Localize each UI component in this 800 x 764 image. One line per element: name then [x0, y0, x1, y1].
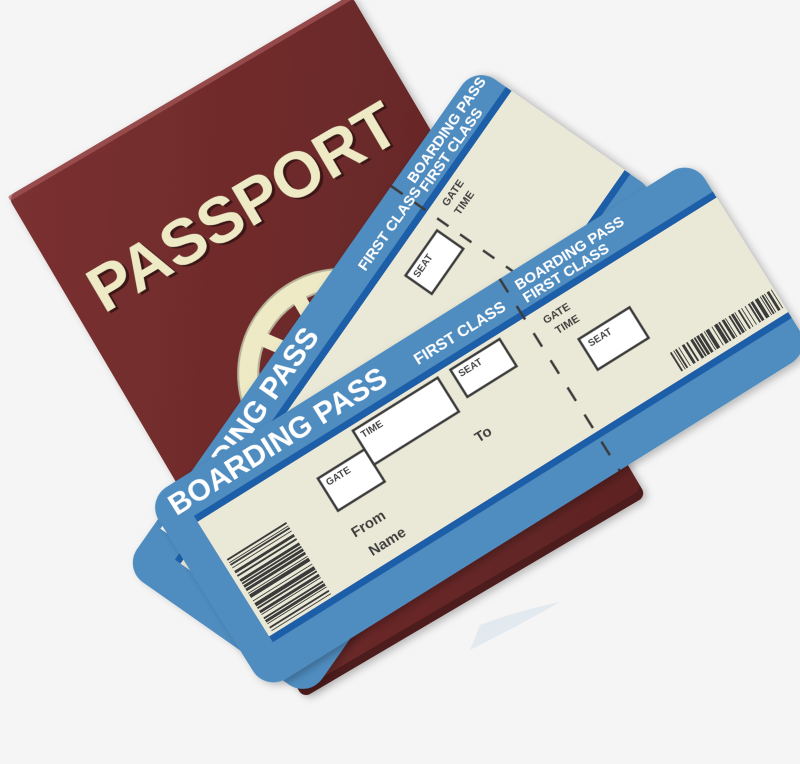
travel-documents-illustration: PASSPORT PASSPORT BOARDING PASS FIRST CL… — [0, 0, 800, 764]
reflection-glint — [470, 602, 560, 650]
